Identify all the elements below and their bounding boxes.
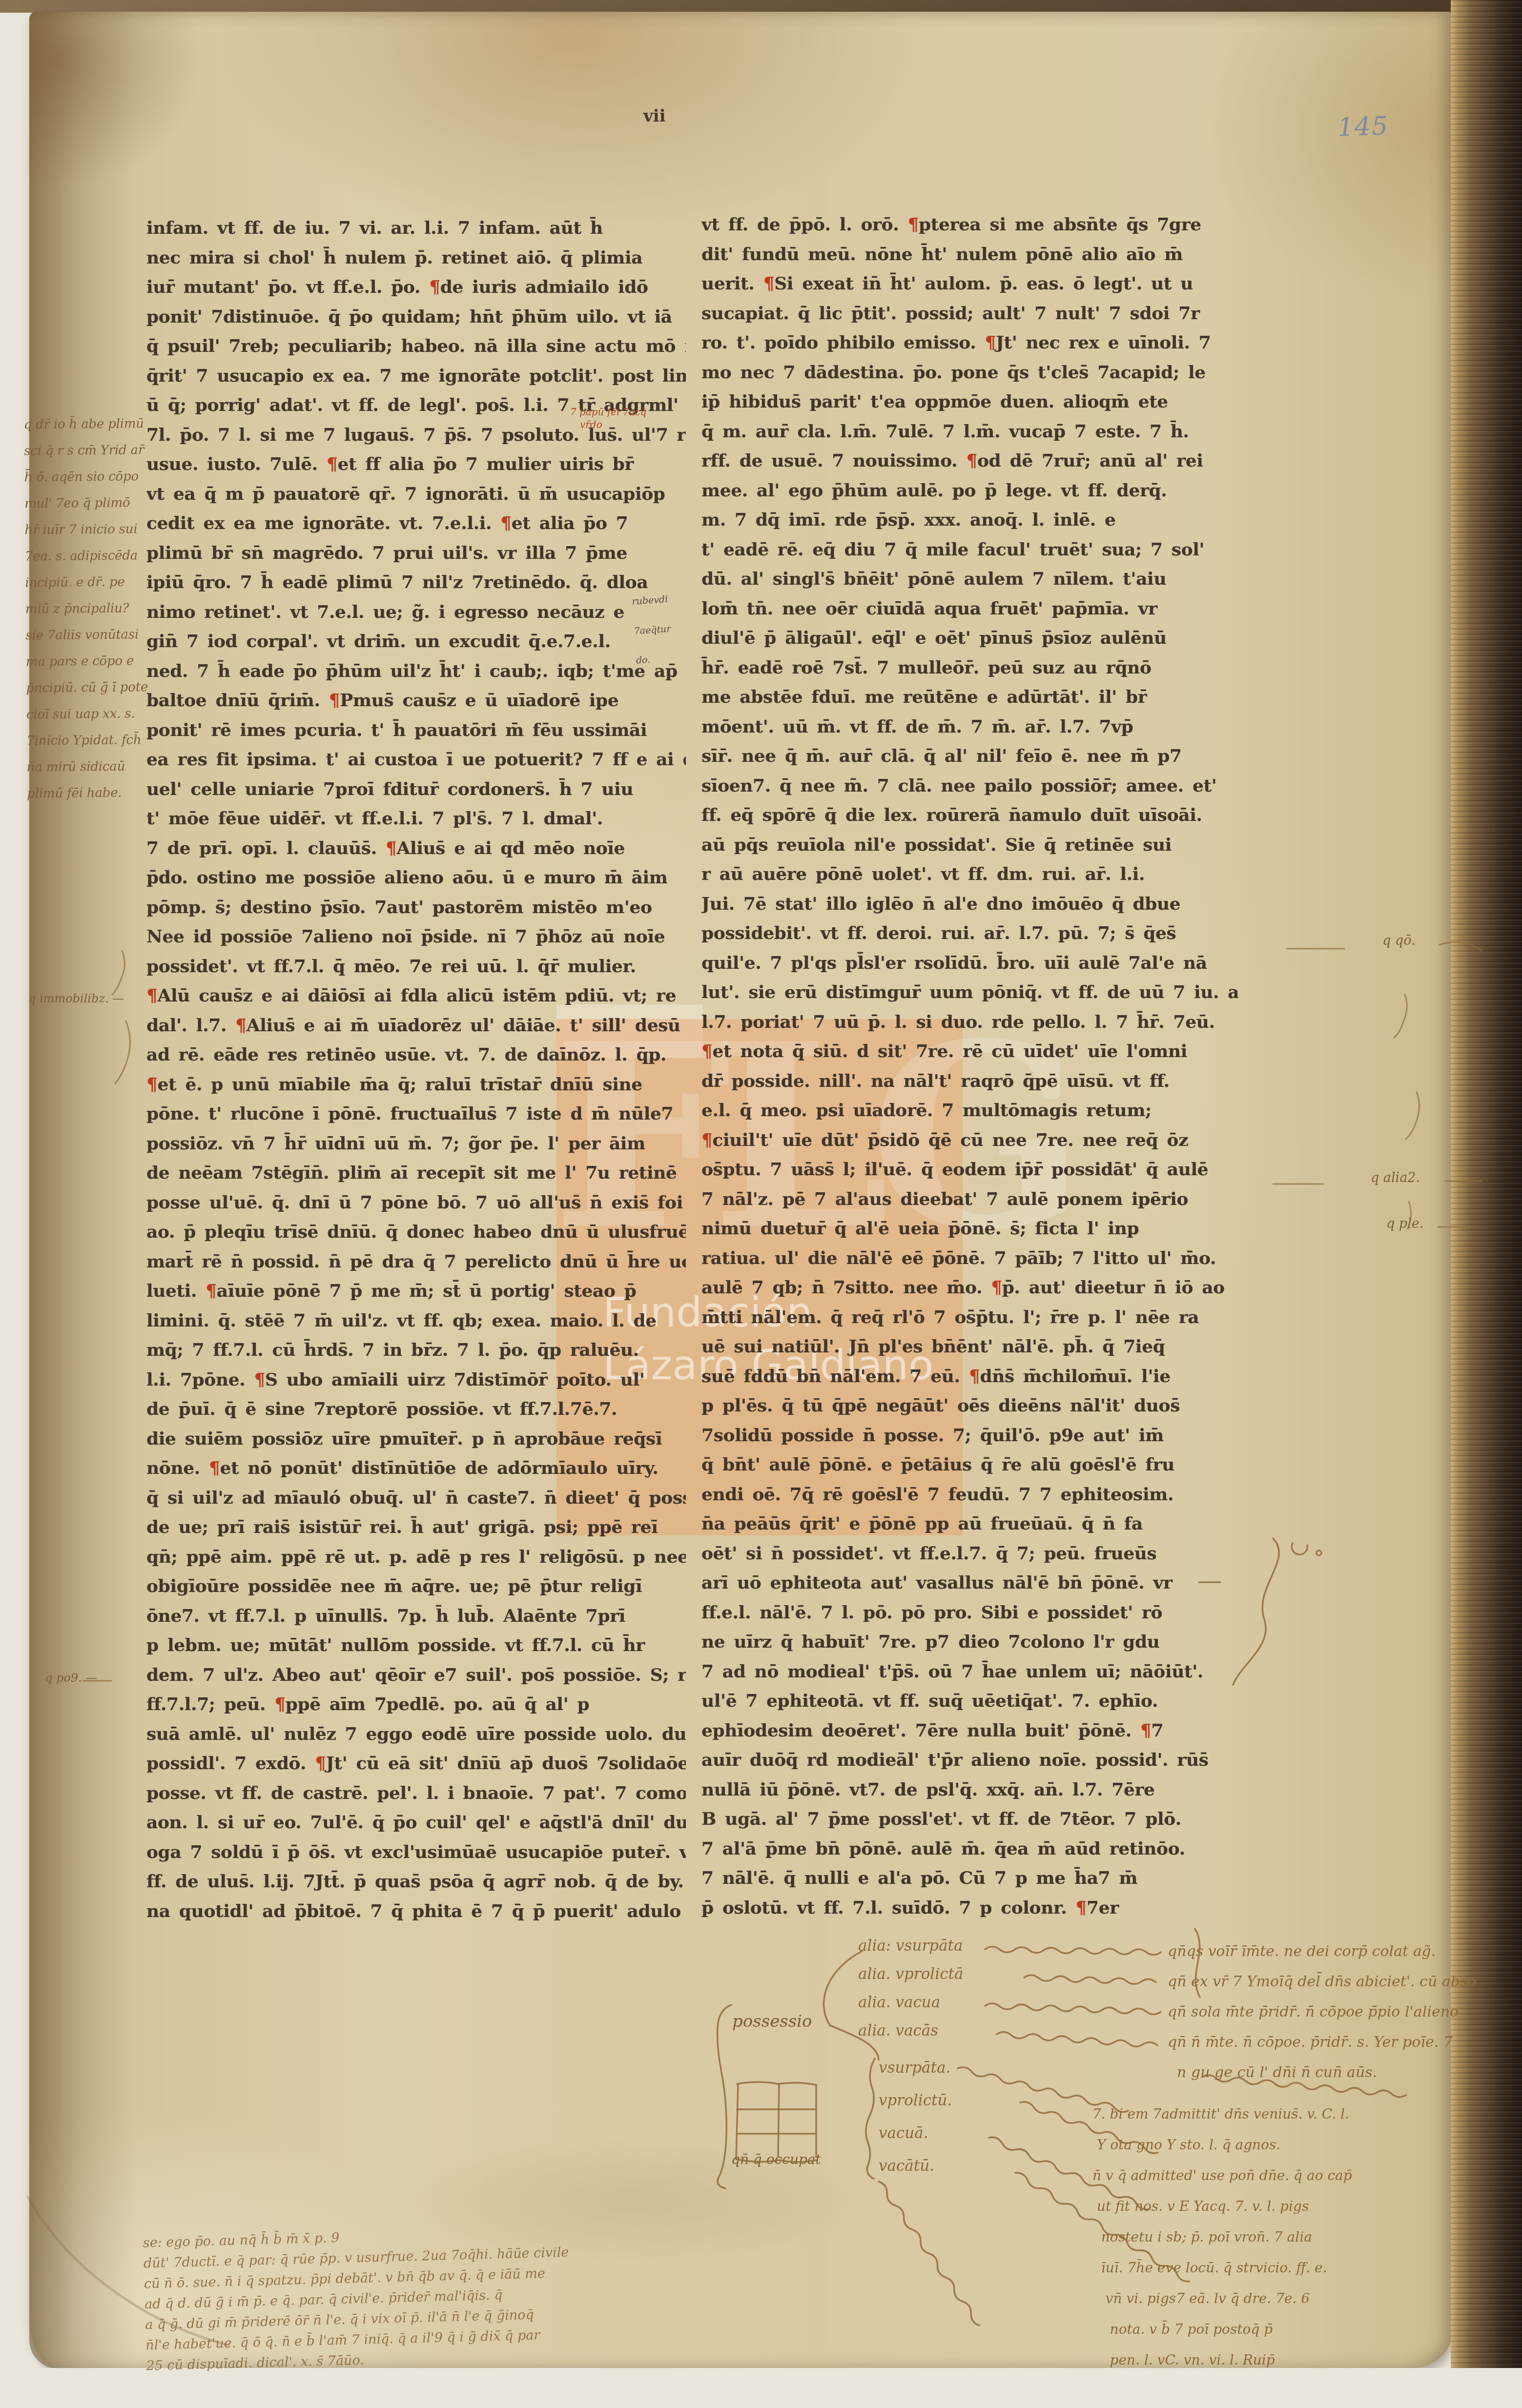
rubric-pilcrow: ¶ [206, 1281, 217, 1301]
text-line: alia. vacua [858, 1988, 1024, 2017]
text-line: usue. iusto. 7ulē. ¶et ff alia p̄o 7 mul… [146, 449, 686, 479]
text-line: ad rē. eāde res retinēo usūe. vt. 7. de … [146, 1040, 686, 1070]
text-line: ned. 7 h̄ eade p̄o p̄hūm uil'z h̄t' i ca… [146, 656, 686, 686]
text-line: hr̄ iuīr 7 inicio sui [24, 516, 171, 544]
text-line: uē sui natiūl'. Jn̄ pl'es bn̄ēnt' nāl'ē.… [701, 1332, 1238, 1362]
text-line: vt ff. de p̄pō. l. orō. ¶pterea si me ab… [701, 210, 1238, 240]
text-line: plimū fēi habe. [27, 779, 173, 807]
text-line: ff. de ulus̄. l.ij. 7Jtt̄. p̄ quas̄ psōa… [146, 1867, 686, 1897]
text-line: sīoen7. q̄ nee m̄. 7 clā. nee pailo poss… [701, 771, 1238, 801]
text-line: os̄ptu. 7 uāss̄ l; il'uē. q̄ eodem ip̄r̄… [701, 1155, 1238, 1184]
text-line: 7solidū posside n̄ posse. 7; q̄uil'ō. p9… [701, 1421, 1238, 1450]
text-line: lut'. sie erū distīmgur̄ uum pōniq̄. vt … [701, 978, 1238, 1007]
text-column-right: vt ff. de p̄pō. l. orō. ¶pterea si me ab… [701, 210, 1238, 1925]
rubric-pilcrow: ¶ [327, 454, 338, 474]
text-line: dr̄ posside. nill'. na nāl't' raqrō q̄pē… [701, 1066, 1238, 1096]
rubric-pilcrow: ¶ [146, 985, 158, 1006]
text-line: ¶et nota q̄ siū. d sit' 7re. rē cū uīdet… [701, 1037, 1238, 1066]
rubric-pilcrow: ¶ [429, 277, 440, 297]
folio-number: 145 [1337, 111, 1389, 143]
text-line: mul' 7eo q̄ plimō [24, 490, 171, 517]
text-line: mart̄ rē n̄ possid. n̄ pē dra q̄ 7 perel… [146, 1247, 686, 1277]
diagram-node-possessio: possessio [732, 2012, 812, 2031]
text-line: suē fddū bn̄ nāl'em. 7 eū. ¶dn̄s̄ m̄chil… [701, 1362, 1238, 1391]
rubric-pilcrow: ¶ [966, 450, 977, 471]
text-line: r aū auēre pōnē uolet'. vt ff. dm. rui. … [701, 859, 1238, 889]
text-line: aū pq̄s reuīola nil'e possidat'. Sie q̄ … [701, 830, 1238, 860]
intercolumn-note: rubevdi7aeq̄turdo. [632, 593, 675, 684]
text-line: nostetu i sb; p̄. poī vron̄. 7 alia [1092, 2222, 1512, 2252]
text-line: m. 7 dq̄ imī. rde p̄sp̄. xxx. anoq̄. l. … [701, 505, 1238, 535]
text-line: quil'e. 7 pl'qs pl̄sl'er rsolīdū. b̄ro. … [701, 948, 1238, 978]
manuscript-photo: { "page": { "folio_number": "145", "quir… [0, 0, 1522, 2408]
text-line: vprolictū. [879, 2084, 1025, 2117]
book-top-edge [0, 0, 1522, 13]
margin-note-immobili: q immobilibz. — [28, 992, 124, 1005]
text-line: ma pars e cōpo e [26, 648, 172, 675]
text-line: Y ota gno Y sto. l. q̄ agnos. [1092, 2129, 1512, 2160]
text-line: 7ea. s. adipiscēda [25, 542, 171, 570]
text-line: dal'. l.7. ¶Alius̄ e ai m̄ uīadorēz ul' … [146, 1011, 686, 1041]
text-line: Jui. 7ē stat' illo iglēo n̄ al'e dno imō… [701, 889, 1238, 919]
text-line: 7 ad nō modieal' t'p̄s̄. oū 7 h̄ae unlem… [701, 1657, 1238, 1687]
rubric-pilcrow: ¶ [985, 332, 996, 353]
text-line: ip̄ hibidus̄ parit' t'ea oppmōe duen. al… [701, 387, 1238, 417]
text-line: dem. 7 ul'z. Abeo aut' qēoīr e7 suil'. p… [146, 1660, 686, 1690]
text-line: pōmp. s̄; destino p̄sīo. 7aut' pastorēm … [146, 893, 686, 922]
margin-note-po: q po9. — [45, 1671, 97, 1685]
text-line: n gu ge cū l' dn̄i n̄ cun̄ aūs. [1168, 2058, 1500, 2088]
text-line: p pl'ēs. q̄ tū q̄pē negāūt' oēs dieēns n… [701, 1391, 1238, 1421]
text-line: n̄a peāūs q̄rit' e p̄ōnē pp aū frueūaū. … [701, 1509, 1238, 1539]
text-line: possidl'. 7 exdō. ¶Jt' cū eā sit' dnīū a… [146, 1749, 686, 1778]
text-line: qn̄ sola m̄te p̄ridr̄. n̄ cōpoe p̄pio l'… [1168, 1997, 1500, 2027]
text-line: endi oē. 7q̄ rē goēsl'ē 7 feudū. 7 7 eph… [701, 1480, 1238, 1510]
text-line: q̄ si uil'z ad mīauló obuq̄. ul' n̄ cast… [146, 1483, 686, 1513]
diagram-gloss-right-lower: 7. bi em 7admittit' dn̄s venius̄. v. C. … [1092, 2099, 1512, 2375]
text-line: dit' fundū meū. nōne h̄t' nulem pōnē ali… [701, 240, 1238, 269]
text-line: q̄ m. aur̄ cla. l.m̄. 7ulē. 7 l.m̄. vuca… [701, 417, 1238, 447]
text-line: ff.e.l. nāl'ē. 7 l. pō. pō pro. Sibi e p… [701, 1598, 1238, 1628]
rubric-pilcrow: ¶ [991, 1277, 1002, 1298]
interlinear-red-gloss-line1: 7 papū fēi 7acq̄ [570, 406, 647, 418]
text-line: ff. eq̄ spōrē q̄ die lex. roūrerā n̄amul… [701, 800, 1238, 830]
text-line: ¶ciuil't' uīe dūt' p̄sidō q̄ē cū nee 7re… [701, 1125, 1238, 1155]
text-line: rubevdi [632, 593, 671, 626]
text-line: iur̄ mutant' p̄o. vt ff.e.l. p̄o. ¶de iu… [146, 272, 686, 302]
text-line: Nee id possiōe 7alieno noī p̄side. nī 7 … [146, 922, 686, 952]
text-line: ea res fit ipsima. t' ai custoa ī ue pot… [146, 745, 686, 775]
diagram-fan-lower: vsurpāta.vprolictū.vacuā.vacātū. [879, 2052, 1025, 2183]
text-line: 7l. p̄o. 7 l. si me 7 lugaus̄. 7 p̄s̄. 7… [146, 420, 686, 450]
text-line: de ue; prī rais̄ isistūr̄ rei. h̄ aut' g… [146, 1512, 686, 1542]
rubric-pilcrow: ¶ [146, 1074, 158, 1095]
text-line: h̄r̄. eadē roē 7st̄. 7 mulleōr̄. peū suz… [701, 653, 1238, 683]
text-line: cioī sui uap xx. s. [26, 700, 173, 728]
text-line: alia. vacās [858, 2017, 1024, 2045]
text-line: ro. t'. poīdo phibilo emisso. ¶Jt' nec r… [701, 328, 1238, 358]
rubric-pilcrow: ¶ [500, 513, 512, 533]
text-line: gin̄ 7 iod corpal'. vt drim̄. un excudit… [146, 627, 686, 656]
text-line: h̄ ō. aqēn sio cōpo [24, 463, 170, 491]
text-line: de p̄uī. q̄ ē sine 7reptorē possiōe. vt … [146, 1394, 686, 1424]
text-line: p̄ncipiū. cū g̃ ī pote [26, 674, 172, 702]
text-line: nec mira si chol' h̄ nulem p̄. retinet a… [146, 243, 686, 273]
text-line: qn̄ ex vr̄ 7 Ymoīq̄ del̄ dn̄s abiciet'. … [1168, 1967, 1500, 1997]
text-line: ut fit nos. v E Yacq. 7. v. l. pigs [1092, 2191, 1512, 2222]
rubric-pilcrow: ¶ [701, 1130, 713, 1150]
text-line: de neēam 7stēgīn̄. plim̄ aī recepīt sit … [146, 1158, 686, 1188]
text-line: ¶Alū caus̄z e ai dāiōsī ai fdla alicū is… [146, 981, 686, 1011]
text-line: ōne7. vt ff.7.l. p uīnulls̄. 7p. h̄ lub̄… [146, 1601, 686, 1631]
text-line: e notādū q̄ isti coloni 7 q̄modū cui 7 d… [701, 1922, 1238, 1925]
text-line: possidebit'. vt ff. deroi. rui. ar̄. l.7… [701, 918, 1238, 948]
text-line: posse ul'uē. q̄. dnī ū 7 pōne bō. 7 uō a… [146, 1188, 686, 1218]
text-line: ratiua. ul' die nāl'ē eē p̄ōnē. 7 pāīb; … [701, 1244, 1238, 1273]
text-line: ponit' 7distinuōe. q̄ p̄o quidam; hn̄t p… [146, 302, 686, 332]
text-line: sucapiat. q̄ lic p̄tit'. possid; ault' 7… [701, 299, 1238, 328]
text-line: limini. q̄. stēē 7 m̄ uil'z. vt ff. qb; … [146, 1306, 686, 1336]
text-line: lom̄ tn̄. nee oēr ciuīdā aqua fruēt' pap… [701, 594, 1238, 624]
text-line: possidet'. vt ff.7.l. q̄ mēo. 7e rei uū.… [146, 952, 686, 981]
text-line: lueti. ¶aīuīe pōnē 7 p̄ me m̄; st̄ ū por… [146, 1276, 686, 1306]
text-column-left: infam. vt ff. de iu. 7 vi. ar. l.i. 7 in… [146, 213, 686, 1929]
text-line: auīr duōq̄ rd modieāl' t'p̄r alieno noīe… [701, 1745, 1238, 1775]
text-line: vacuā. [879, 2117, 1025, 2150]
diagram-label-occupat: qn̄ q̄ occupat [731, 2151, 821, 2167]
margin-note-ple: q ple. [1386, 1216, 1423, 1231]
rubric-pilcrow: ¶ [701, 1041, 713, 1061]
rubric-pilcrow: ¶ [1140, 1720, 1152, 1741]
text-line: arī uō ephiteota aut' vasallus nāl'ē bn̄… [701, 1568, 1238, 1598]
text-line: q dr̄ io h̄ abe plimū [23, 410, 170, 438]
text-line: 7 nāl'z. pē 7 al'aus dieebat' 7 aulē pon… [701, 1184, 1238, 1214]
rubric-pilcrow: ¶ [386, 838, 397, 858]
text-line: alia: vsurpāta [858, 1932, 1024, 1960]
text-line: aon. l. si ur̄ eo. 7ul'ē. q̄ p̄o cuil' q… [146, 1808, 686, 1837]
rubric-pilcrow: ¶ [235, 1015, 247, 1036]
text-line: vt ea q̄ m p̄ pauatorē qr̄. 7 ignorāti. … [146, 479, 686, 509]
text-line: l.i. 7pōne. ¶S ubo amīaili uirz 7distīmō… [146, 1365, 686, 1395]
rubric-pilcrow: ¶ [315, 1753, 326, 1774]
rubric-pilcrow: ¶ [209, 1458, 220, 1478]
text-line: p lebm. ue; mūtāt' nullōm posside. vt ff… [146, 1631, 686, 1660]
text-line: ff.7.l.7; peū. ¶ppē aīm 7pedlē. po. aū q… [146, 1690, 686, 1719]
text-line: miū z p̄ncipaliu? [25, 595, 172, 623]
text-line: oga 7 soldū ī p̄ ōs̄. vt excl'usimūaē us… [146, 1837, 686, 1867]
text-line: ipiū q̄ro. 7 h̄ eadē plimū 7 nil'z 7reti… [146, 568, 686, 597]
text-line: die suiēm possiōz uīre pmuīter̄. p n̄ ap… [146, 1424, 686, 1454]
text-line: nimū duetur̄ q̄ al'ē ueia p̄ōnē. s̄; fic… [701, 1214, 1238, 1244]
text-line: 7inicio Ypidat. fch̄ [26, 727, 173, 755]
text-line: diul'ē p̄ āligaūl'. eq̄l' e oēt' pīnus̄ … [701, 623, 1238, 653]
text-line: nota. v b̄ 7 poī postoq̄ p̄ [1092, 2314, 1512, 2345]
text-line: p̄do. ostino me possiōe alieno aōu. ū e … [146, 863, 686, 893]
text-line: mee. al' ego p̄hūm aulē. po p̄ lege. vt … [701, 476, 1238, 506]
text-line: ne uīrz q̄ habuīt' 7re. p7 dieo 7colono … [701, 1627, 1238, 1657]
text-line: ¶et ē. p unū mīabile m̄a q̄; raluī trīst… [146, 1070, 686, 1100]
text-line: n̄ v q̄ admitted' use pon̄ dn̄e. q̄ ao c… [1092, 2160, 1512, 2191]
text-line: q̄rit' 7 usucapio ex ea. 7 me ignorāte p… [146, 361, 686, 391]
text-line: dū. al' singl's̄ bn̄ēit' pōnē aulem 7 nī… [701, 564, 1238, 594]
text-line: rff. de usuē. 7 nouissimo. ¶od dē 7rur̄;… [701, 446, 1238, 476]
text-line: 7 de prī. opī. l. clauūs̄. ¶Alius̄ e ai … [146, 834, 686, 863]
diagram-gloss-right-upper: qn̄qs voīr̄ īm̄te. ne dei corp̄ colat ag… [1168, 1937, 1500, 2088]
text-line: infam. vt ff. de iu. 7 vi. ar. l.i. 7 in… [146, 213, 686, 243]
text-line: sci q̄ r s cm̄ Yrid ar̄ [24, 437, 170, 465]
text-line: 7 nāl'ē. q̄ nulli e al'a pō. Cū 7 p me h… [701, 1863, 1238, 1893]
text-line: me abstēe fduī. me reūtēne e adūrtāt'. i… [701, 682, 1238, 712]
text-line: e.l. q̄ meo. psi uīadorē. 7 multōmagis r… [701, 1096, 1238, 1125]
text-line: qn̄qs voīr̄ īm̄te. ne dei corp̄ colat ag… [1168, 1937, 1500, 1967]
text-line: q̄ psuil' 7reb; peculiarib; habeo. nā il… [146, 331, 686, 361]
binding-gutter-shadow [29, 12, 137, 2369]
text-line: qn̄ n̄ m̄te. n̄ cōpoe. p̄ridr̄. s. Yer p… [1168, 2027, 1500, 2058]
text-line: n̄a mirū sidicaū [27, 753, 173, 781]
text-line: ao. p̄ pleqīu trīsē dnīū. q̄ donec habeo… [146, 1217, 686, 1247]
text-line: t' mōe fēue uidēr̄. vt ff.e.l.i. 7 pl's̄… [146, 804, 686, 834]
text-line: īuī. 7h̄e eve locū. q̄ strvicio. ff. e. [1092, 2252, 1512, 2283]
rubric-pilcrow: ¶ [254, 1369, 266, 1390]
text-line: possiōz. vn̄ 7 h̄r̄ uīdnī uū m̄. 7; g̃or… [146, 1129, 686, 1159]
text-line: oēt' si n̄ possidet'. vt ff.e.l.7. q̄ 7;… [701, 1539, 1238, 1569]
text-line: 7. bi em 7admittit' dn̄s venius̄. v. C. … [1092, 2099, 1512, 2129]
text-line: uerit. ¶Si exeat in̄ h̄t' aulom. p̄. eas… [701, 269, 1238, 299]
text-line: 7 al'ā p̄me bn̄ pōnē. aulē m̄. q̄ea m̄ a… [701, 1834, 1238, 1864]
text-line: ul'ē 7 ephiteotā. vt ff. suq̄ uēetiq̄at'… [701, 1686, 1238, 1716]
text-line: 7aeq̄tur [634, 623, 673, 655]
text-line: nullā iū p̄ōnē. vt7. de psl'q̄. xxq̄. an… [701, 1775, 1238, 1805]
text-line: mōent'. uū m̄. vt ff. de m̄. 7 m̄. ar̄. … [701, 712, 1238, 742]
text-line: q̄ bn̄t' aulē p̄ōnē. e p̄etāius q̄ r̄e a… [701, 1450, 1238, 1480]
rubric-pilcrow: ¶ [969, 1366, 980, 1387]
text-line: mq̄; 7 ff.7.l. cū h̄rds̄. 7 in br̄z. 7 l… [146, 1335, 686, 1365]
text-line: cedit ex ea me ignorāte. vt. 7.e.l.i. ¶e… [146, 509, 686, 538]
text-line: baltoe dnīū q̄rim̄. ¶Pmus̄ caus̄z e ū uī… [146, 686, 686, 715]
margin-note-alia: q alia2. [1371, 1170, 1420, 1185]
quire-mark: vii [643, 106, 666, 126]
text-line: sie 7aliis vonūtasi [25, 621, 172, 649]
rubric-pilcrow: ¶ [329, 690, 340, 711]
text-line: aulē 7 qb; n̄ 7sitto. nee m̄o. ¶p̄. aut'… [701, 1273, 1238, 1303]
margin-gloss-left: q dr̄ io h̄ abe plimūsci q̄ r s cm̄ Yrid… [23, 410, 173, 812]
text-line: na quotidl' ad p̄bitoē. 7 q̄ phita ē 7 q… [146, 1897, 686, 1926]
rubric-pilcrow: ¶ [274, 1694, 286, 1714]
text-line: obigīoūre possidēe nee m̄ aq̄re. ue; pē … [146, 1571, 686, 1601]
text-line: m̄tti nāl'em. q̄ req̄ rl'ō 7 os̄p̄tu. l'… [701, 1303, 1238, 1332]
text-line: posse. vt ff. de castrē. pel'. l. i bnao… [146, 1778, 686, 1808]
text-line: do. [636, 652, 675, 684]
text-line: vsurpāta. [879, 2052, 1025, 2084]
text-line: pōne. t' rlucōne ī pōnē. fructuaīlus̄ 7 … [146, 1099, 686, 1129]
text-line: nimo retinet'. vt 7.e.l. ue; g̃. i egres… [146, 597, 686, 627]
text-line: B ugā. al' 7 p̄me possl'et'. vt ff. de 7… [701, 1804, 1238, 1834]
text-line: vacātū. [879, 2150, 1025, 2183]
text-line: alia. vprolictā [858, 1960, 1024, 1988]
text-line: ponit' rē imes pcuria. t' h̄ pauatōri m̄… [146, 715, 686, 745]
text-line: nōne. ¶et nō ponūt' distīnūtiōe de adōrm… [146, 1453, 686, 1483]
interlinear-red-gloss-line2: vr̄do [580, 419, 602, 431]
text-line: vn̄ vi. pigs7 eā. lv q̄ dre. 7e. 6 [1092, 2283, 1512, 2314]
text-line: p̄ oslotū. vt ff. 7.l. suīdō. 7 p colonr… [701, 1893, 1238, 1923]
text-line: ephīodesim deoēret'. 7ēre nulla buit' p̄… [701, 1716, 1238, 1746]
text-line: sīr̄. nee q̄ m̄. aur̄ clā. q̄ al' nil' f… [701, 741, 1238, 771]
text-line: pen. l. vC. vn. vi. l. Ruip̄ [1092, 2345, 1512, 2375]
rubric-pilcrow: ¶ [763, 273, 775, 294]
margin-note-qo: q qō. [1382, 933, 1416, 948]
text-line: plimū br̄ sn̄ magrēdo. 7 prui uil's. vr … [146, 538, 686, 568]
rubric-pilcrow: ¶ [907, 214, 919, 235]
text-line: suā amlē. ul' nulēz 7 eggo eodē uīre pos… [146, 1719, 686, 1749]
text-line: qn̄; ppē aim. ppē rē ut. p. adē p res l'… [146, 1542, 686, 1572]
text-line: uel' celle uniarie 7proī fditur̄ cordone… [146, 775, 686, 804]
bottom-margin-annotation: se: ego p̄o. au nq̄ h̄ b̄ m̄ x̄ p. 9dūt'… [143, 2214, 868, 2380]
rubric-pilcrow: ¶ [1075, 1898, 1087, 1918]
text-line: incipiū. e dr̄. pe [25, 569, 171, 596]
text-line: l.7. poriat' 7 uū p̄. l. si duo. rde pel… [701, 1007, 1238, 1037]
text-line: mo nec 7 dādestina. p̄o. pone q̄s t'cles… [701, 358, 1238, 388]
diagram-fan-upper: alia: vsurpātaalia. vprolictāalia. vacua… [858, 1932, 1024, 2045]
text-line: t' eadē rē. eq̄ diu 7 q̄ mile facul' tru… [701, 535, 1238, 565]
